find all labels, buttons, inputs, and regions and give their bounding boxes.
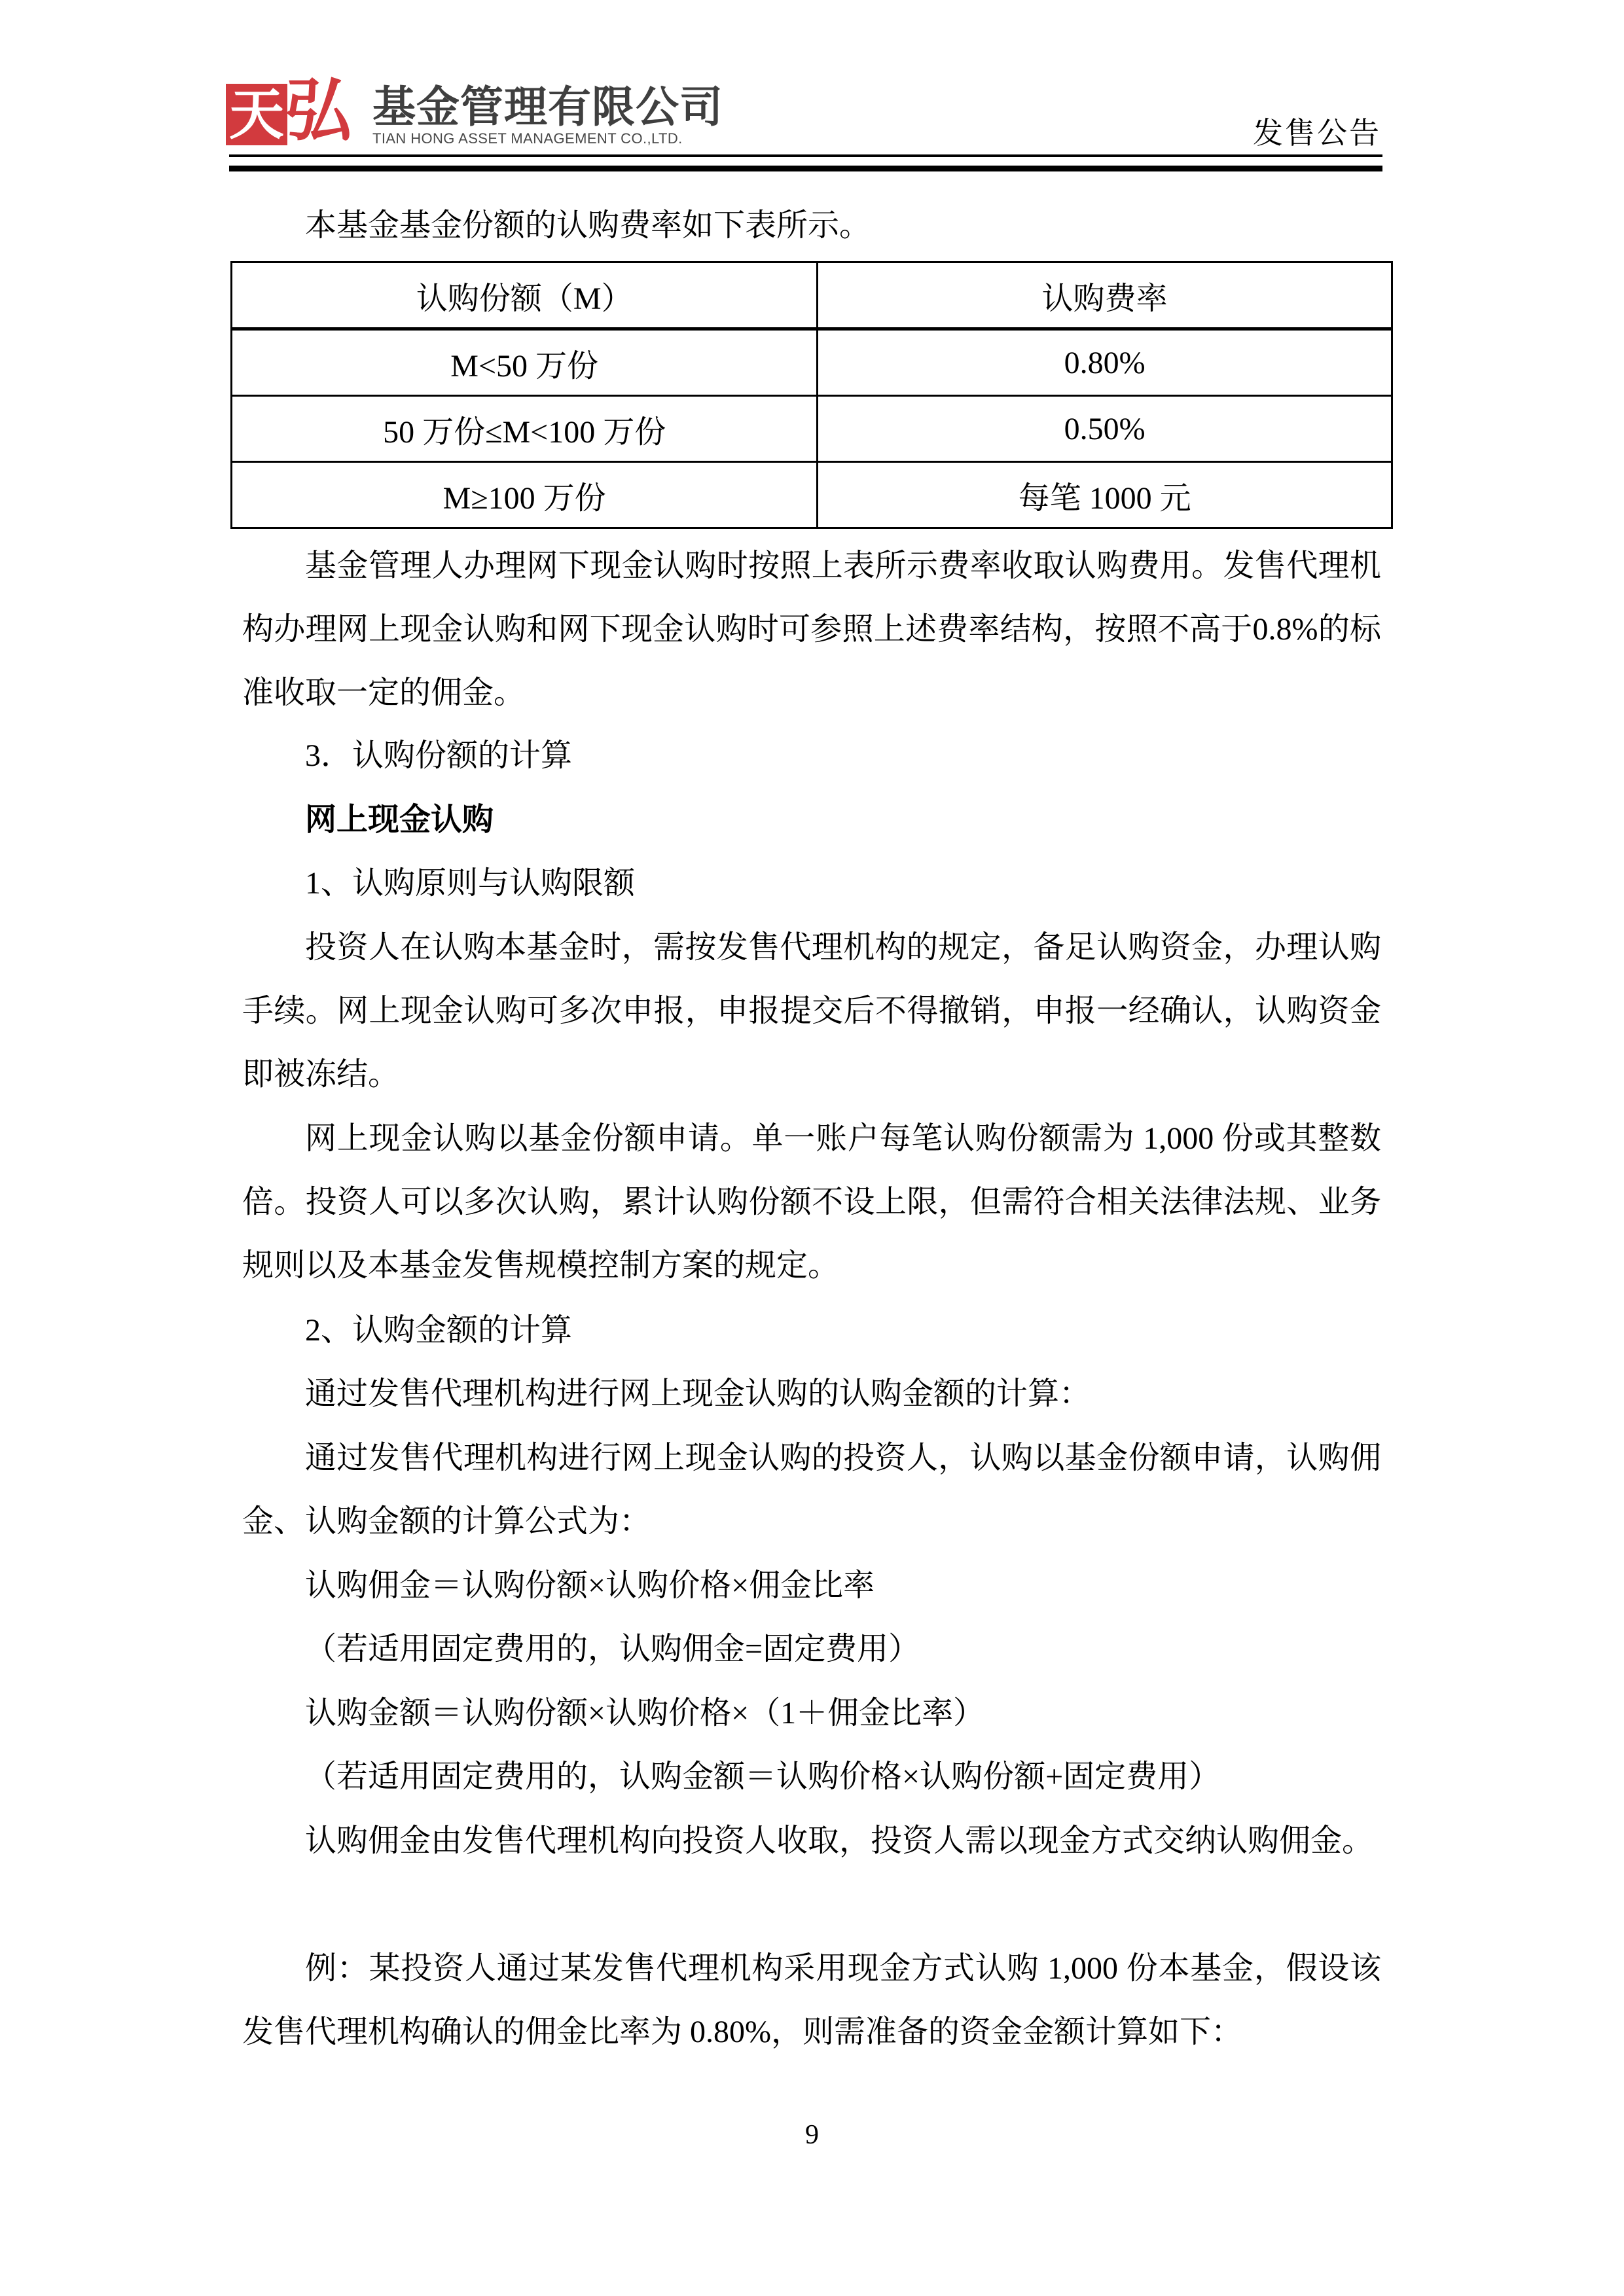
paragraph-commission-payment: 认购佣金由发售代理机构向投资人收取，投资人需以现金方式交纳认购佣金。 — [242, 1809, 1381, 1873]
tianhong-logo-mark: 天 弘 — [226, 82, 369, 147]
paragraph-formula-commission: 认购佣金＝认购份额×认购价格×佣金比率 — [242, 1554, 1381, 1617]
paragraph-share-application: 网上现金认购以基金份额申请。单一账户每笔认购份额需为 1,000 份或其整数倍。… — [242, 1107, 1381, 1297]
paragraph-formula-fixed-fee2: （若适用固定费用的，认购金额＝认购价格×认购份额+固定费用） — [242, 1745, 1381, 1808]
table-cell-rate-tier1: 0.80% — [818, 329, 1392, 396]
table-row: 50 万份≤M<100 万份 0.50% — [232, 396, 1392, 462]
table-cell-rate-tier3: 每笔 1000 元 — [818, 462, 1392, 528]
paragraph-heading-3: 3．认购份额的计算 — [242, 724, 1381, 787]
paragraph-calc-formula-intro: 通过发售代理机构进行网上现金认购的投资人，认购以基金份额申请，认购佣金、认购金额… — [242, 1426, 1381, 1553]
table-row: M<50 万份 0.80% — [232, 329, 1392, 396]
header-rule-thin — [229, 154, 1382, 157]
logo-text: 基金管理有限公司 TIAN HONG ASSET MANAGEMENT CO.,… — [372, 82, 723, 147]
paragraph-subscription-rules: 投资人在认购本基金时，需按发售代理机构的规定，备足认购资金，办理认购手续。网上现… — [242, 916, 1381, 1106]
page-number: 9 — [0, 2115, 1624, 2155]
paragraph-formula-fixed-fee1: （若适用固定费用的，认购佣金=固定费用） — [242, 1617, 1381, 1681]
table-header-cell-rate: 认购费率 — [818, 262, 1392, 329]
paragraph-calc-intro: 通过发售代理机构进行网上现金认购的认购金额的计算： — [242, 1362, 1381, 1426]
header-rule-thick — [229, 166, 1382, 171]
table-row: M≥100 万份 每笔 1000 元 — [232, 462, 1392, 528]
tianhong-logo: 天 弘 基金管理有限公司 TIAN HONG ASSET MANAGEMENT … — [226, 82, 723, 148]
table-cell-share-tier1: M<50 万份 — [232, 329, 818, 396]
table-cell-rate-tier2: 0.50% — [818, 396, 1392, 462]
table-header-cell-share: 认购份额（M） — [232, 262, 818, 329]
paragraph-heading-1: 1、认购原则与认购限额 — [242, 852, 1381, 915]
table-cell-share-tier3: M≥100 万份 — [232, 462, 818, 528]
paragraph-heading-2: 2、认购金额的计算 — [242, 1299, 1381, 1362]
paragraph-example: 例：某投资人通过某发售代理机构采用现金方式认购 1,000 份本基金，假设该发售… — [242, 1937, 1381, 2064]
paragraph-formula-amount: 认购金额＝认购份额×认购价格×（1＋佣金比率） — [242, 1681, 1381, 1745]
page: { "header": { "logo": { "tian": "天", "ho… — [0, 0, 1624, 2296]
company-name-cn: 基金管理有限公司 — [372, 82, 723, 131]
paragraph-fee-collection: 基金管理人办理网下现金认购时按照上表所示费率收取认购费用。发售代理机构办理网上现… — [242, 534, 1381, 725]
company-name-en: TIAN HONG ASSET MANAGEMENT CO.,LTD. — [372, 131, 723, 147]
tian-red-box: 天 — [226, 84, 287, 145]
paragraph-heading-online-cash: 网上现金认购 — [242, 788, 1381, 852]
table-cell-share-tier2: 50 万份≤M<100 万份 — [232, 396, 818, 462]
table-header-row: 认购份额（M） 认购费率 — [232, 262, 1392, 329]
doc-type-label: 发售公告 — [1253, 117, 1381, 151]
fee-table: 认购份额（M） 认购费率 M<50 万份 0.80% 50 万份≤M<100 万… — [230, 261, 1393, 529]
intro-paragraph: 本基金基金份额的认购费率如下表所示。 — [242, 194, 1381, 257]
hong-red-char: 弘 — [283, 77, 354, 145]
